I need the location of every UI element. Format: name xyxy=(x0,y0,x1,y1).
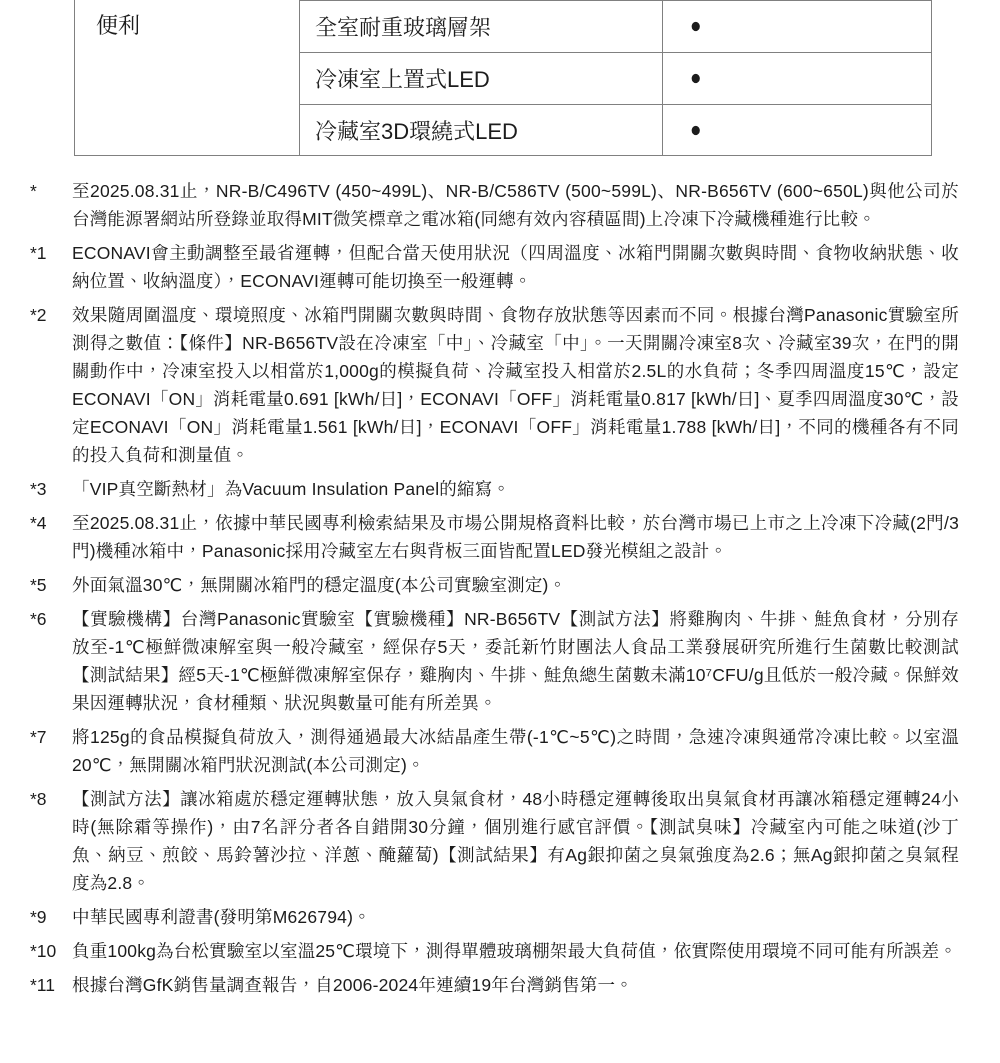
availability-cell: ● xyxy=(663,53,931,104)
footnote-text: 效果隨周圍溫度、環境照度、冰箱門開關次數與時間、食物存放狀態等因素而不同。根據台… xyxy=(72,301,959,469)
footnote-marker: *1 xyxy=(30,239,72,295)
footnote-text: 根據台灣GfK銷售量調查報告，自2006-2024年連續19年台灣銷售第一。 xyxy=(72,971,959,999)
footnote: *11 根據台灣GfK銷售量調查報告，自2006-2024年連續19年台灣銷售第… xyxy=(30,971,959,999)
footnote-marker: * xyxy=(30,177,72,233)
feature-category-cell: 便利 xyxy=(74,0,300,156)
availability-dot-icon: ● xyxy=(690,68,701,89)
footnote-text: 至2025.08.31止，NR-B/C496TV (450~499L)、NR-B… xyxy=(72,177,959,233)
spec-footnotes-page: 便利 全室耐重玻璃層架 ● 冷凍室上置式LED ● xyxy=(0,0,1000,1063)
footnote-text: 至2025.08.31止，依據中華民國專利檢索結果及市場公開規格資料比較，於台灣… xyxy=(72,509,959,565)
footnote-marker: *7 xyxy=(30,723,72,779)
feature-name-cell: 冷凍室上置式LED xyxy=(300,53,663,104)
table-row: 冷藏室3D環繞式LED ● xyxy=(300,104,931,156)
footnote-marker: *4 xyxy=(30,509,72,565)
footnote-text: 【實驗機構】台灣Panasonic實驗室【實驗機種】NR-B656TV【測試方法… xyxy=(72,605,959,717)
footnote-text: 負重100kg為台松實驗室以室溫25℃環境下，測得單體玻璃棚架最大負荷值，依實際… xyxy=(72,937,959,965)
table-row: 冷凍室上置式LED ● xyxy=(300,52,931,104)
footnote-text: 【測試方法】讓冰箱處於穩定運轉狀態，放入臭氣食材，48小時穩定運轉後取出臭氣食材… xyxy=(72,785,959,897)
availability-dot-icon: ● xyxy=(690,16,701,37)
footnote: *9 中華民國專利證書(發明第M626794)。 xyxy=(30,903,959,931)
feature-name-cell: 全室耐重玻璃層架 xyxy=(300,1,663,52)
footnote: *10 負重100kg為台松實驗室以室溫25℃環境下，測得單體玻璃棚架最大負荷值… xyxy=(30,937,959,965)
footnote-marker: *5 xyxy=(30,571,72,599)
footnote: *3 「VIP真空斷熱材」為Vacuum Insulation Panel的縮寫… xyxy=(30,475,959,503)
footnote-marker: *10 xyxy=(30,937,72,965)
footnote-marker: *6 xyxy=(30,605,72,717)
footnote-text: 外面氣溫30℃，無開關冰箱門的穩定溫度(本公司實驗室測定)。 xyxy=(72,571,959,599)
footnote: *1 ECONAVI會主動調整至最省運轉，但配合當天使用狀況（四周溫度、冰箱門開… xyxy=(30,239,959,295)
footnote: * 至2025.08.31止，NR-B/C496TV (450~499L)、NR… xyxy=(30,177,959,233)
footnote-marker: *8 xyxy=(30,785,72,897)
availability-dot-icon: ● xyxy=(690,120,701,141)
footnote-text: 「VIP真空斷熱材」為Vacuum Insulation Panel的縮寫。 xyxy=(72,475,959,503)
availability-cell: ● xyxy=(663,105,931,156)
feature-table-rows: 全室耐重玻璃層架 ● 冷凍室上置式LED ● 冷藏室3D環繞式LED ● xyxy=(300,0,932,156)
footnote: *6 【實驗機構】台灣Panasonic實驗室【實驗機種】NR-B656TV【測… xyxy=(30,605,959,717)
footnote: *5 外面氣溫30℃，無開關冰箱門的穩定溫度(本公司實驗室測定)。 xyxy=(30,571,959,599)
footnote-text: ECONAVI會主動調整至最省運轉，但配合當天使用狀況（四周溫度、冰箱門開關次數… xyxy=(72,239,959,295)
footnote-marker: *11 xyxy=(30,971,72,999)
footnote: *4 至2025.08.31止，依據中華民國專利檢索結果及市場公開規格資料比較，… xyxy=(30,509,959,565)
footnote-marker: *3 xyxy=(30,475,72,503)
footnote: *7 將125g的食品模擬負荷放入，測得通過最大冰結晶產生帶(-1℃~5℃)之時… xyxy=(30,723,959,779)
footnote-text: 將125g的食品模擬負荷放入，測得通過最大冰結晶產生帶(-1℃~5℃)之時間，急… xyxy=(72,723,959,779)
footnote-text: 中華民國專利證書(發明第M626794)。 xyxy=(72,903,959,931)
availability-cell: ● xyxy=(663,1,931,52)
footnote-marker: *9 xyxy=(30,903,72,931)
feature-name-cell: 冷藏室3D環繞式LED xyxy=(300,105,663,156)
footnote: *8 【測試方法】讓冰箱處於穩定運轉狀態，放入臭氣食材，48小時穩定運轉後取出臭… xyxy=(30,785,959,897)
table-row: 全室耐重玻璃層架 ● xyxy=(300,0,931,52)
feature-table: 便利 全室耐重玻璃層架 ● 冷凍室上置式LED ● xyxy=(74,0,932,156)
footnote-marker: *2 xyxy=(30,301,72,469)
footnote: *2 效果隨周圍溫度、環境照度、冰箱門開關次數與時間、食物存放狀態等因素而不同。… xyxy=(30,301,959,469)
footnote-list: * 至2025.08.31止，NR-B/C496TV (450~499L)、NR… xyxy=(30,177,959,1005)
